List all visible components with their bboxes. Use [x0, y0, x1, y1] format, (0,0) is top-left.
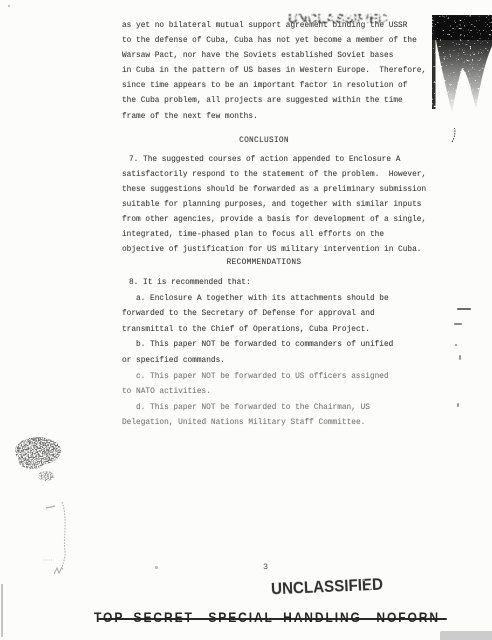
- text-line: d. This paper NOT be forwarded to the Ch…: [122, 401, 442, 417]
- margin-mark: [8, 5, 10, 7]
- classification-footer: TOP SECRET SPECIAL HANDLING NOFORN: [55, 609, 478, 625]
- corner-gray-box: [440, 631, 492, 640]
- conclusion-heading: CONCLUSION: [108, 137, 420, 145]
- text-line: the Cuba problem, all projects are sugge…: [122, 94, 442, 109]
- unclassified-stamp-bottom: UNCLASSIFIED: [265, 570, 388, 601]
- text-line: 8. It is recommended that:: [122, 276, 442, 292]
- margin-mark: [454, 323, 462, 325]
- text-line: frame of the next few months.: [122, 110, 442, 125]
- margin-mark: [459, 355, 461, 360]
- speckle-smudge-icon: [12, 436, 68, 484]
- unclassified-stamp-bottom-text: UNCLASSIFIED: [271, 575, 384, 599]
- text-line: as yet no bilateral mutual support agree…: [122, 19, 442, 34]
- text-line: objective of justification for US milita…: [122, 243, 442, 258]
- footer-special-handling: SPECIAL HANDLING: [208, 609, 361, 625]
- text-line: transmittal to the Chief of Operations, …: [122, 323, 442, 339]
- recommendations-heading: RECOMMENDATIONS: [108, 259, 420, 267]
- margin-mark: [457, 308, 471, 310]
- recommendations-paragraph: 8. It is recommended that: a. Enclosure …: [122, 276, 442, 432]
- text-line: satisfactorily respond to the statement …: [122, 168, 442, 183]
- text-line: a. Enclosure A together with its attachm…: [122, 292, 442, 308]
- footer-noforn: NOFORN: [376, 609, 440, 625]
- text-line: forwarded to the Secretary of Defense fo…: [122, 307, 442, 323]
- intro-paragraph: as yet no bilateral mutual support agree…: [122, 19, 442, 125]
- text-line: suitable for planning purposes, and toge…: [122, 198, 442, 213]
- text-line: to the defense of Cuba, Cuba has not yet…: [122, 34, 442, 49]
- page-edge-line: [1, 584, 3, 637]
- text-line: Warsaw Pact, nor have the Soviets establ…: [122, 49, 442, 64]
- footer-top-secret: TOP SECRET: [94, 609, 194, 625]
- pencil-squiggle-icon: [42, 498, 78, 584]
- margin-mark: [155, 566, 158, 569]
- text-line: integrated, time-phased plan to focus al…: [122, 228, 442, 243]
- text-line: these suggestions should be forwarded as…: [122, 183, 442, 198]
- margin-mark: [457, 403, 459, 407]
- text-line: 7. The suggested courses of action appen…: [122, 153, 442, 168]
- conclusion-paragraph: 7. The suggested courses of action appen…: [122, 153, 442, 258]
- text-line: from other agencies, provide a basis for…: [122, 213, 442, 228]
- margin-mark: [455, 344, 457, 346]
- text-line: c. This paper NOT be forwarded to US off…: [122, 370, 442, 386]
- scanned-document-page: UNCLASSIFIED as yet no bilateral mutual …: [0, 0, 492, 640]
- text-line: Delegation, United Nations Military Staf…: [122, 416, 442, 432]
- text-line: in Cuba in the pattern of US bases in We…: [122, 64, 442, 79]
- page-number: 3: [263, 562, 268, 572]
- text-line: b. This paper NOT be forwarded to comman…: [122, 338, 442, 354]
- text-line: to NATO activities.: [122, 385, 442, 401]
- text-line: since time appears to be an important fa…: [122, 79, 442, 94]
- text-line: or specified commands.: [122, 354, 442, 370]
- small-pen-mark: [452, 128, 455, 142]
